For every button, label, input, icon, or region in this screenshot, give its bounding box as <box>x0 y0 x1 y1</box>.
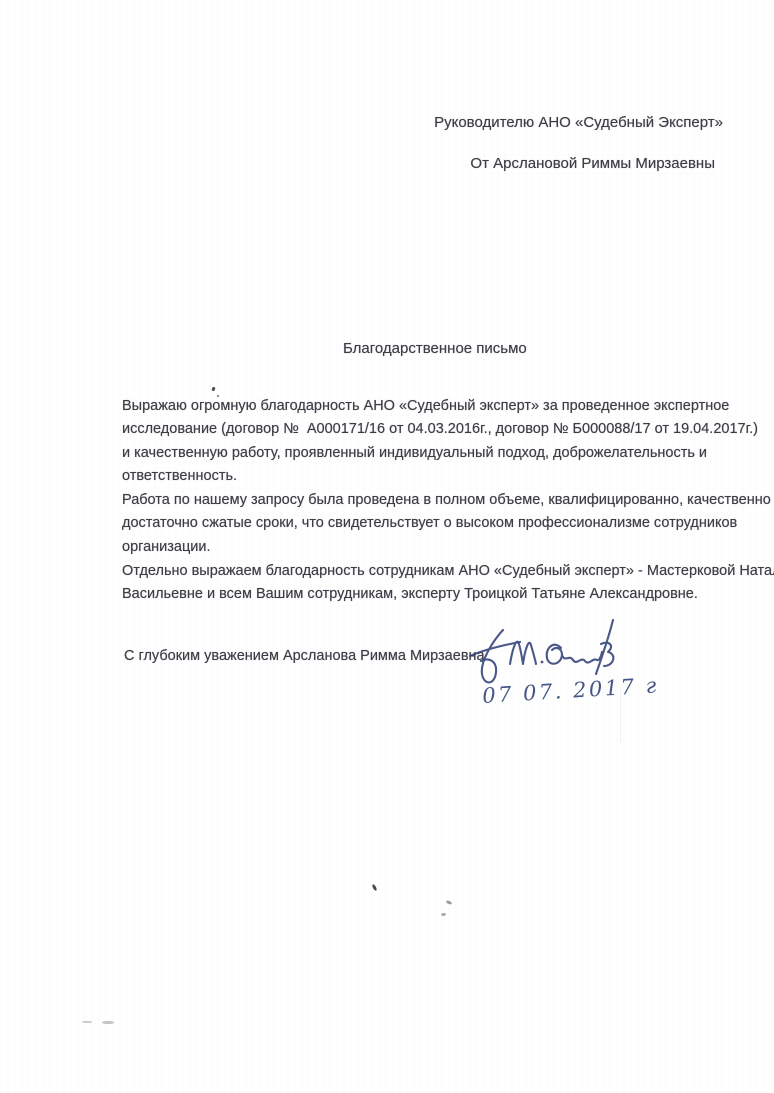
scanned-letter-page: Руководителю АНО «Судебный Эксперт» От А… <box>0 0 774 1093</box>
sender-line: От Арслановой Риммы Мирзаевны <box>470 155 715 172</box>
paragraph-line: Васильевне и всем Вашим сотрудникам, экс… <box>122 583 774 606</box>
closing-line: С глубоким уважением Арсланова Римма Мир… <box>124 648 485 664</box>
scan-speck <box>102 1021 114 1024</box>
paragraph-line: Работа по нашему запросу была проведена … <box>122 489 774 512</box>
paragraph-line: достаточно сжатые сроки, что свидетельст… <box>122 512 774 535</box>
scan-speck <box>372 884 378 892</box>
recipient-line: Руководителю АНО «Судебный Эксперт» <box>434 114 723 131</box>
paragraph-line: и качественную работу, проявленный индив… <box>122 442 774 465</box>
paragraph-line: Отдельно выражаем благодарность сотрудни… <box>122 560 774 583</box>
paragraph-line: организации. <box>122 536 774 559</box>
paragraph: Выражаю огромную благодарность АНО «Суде… <box>122 395 774 489</box>
paragraph-line: Выражаю огромную благодарность АНО «Суде… <box>122 395 774 418</box>
letter-title: Благодарственное письмо <box>343 340 527 357</box>
scan-speck <box>446 900 453 905</box>
letter-body: Выражаю огромную благодарность АНО «Суде… <box>122 395 774 607</box>
paragraph: Работа по нашему запросу была проведена … <box>122 489 774 559</box>
scan-speck <box>82 1021 92 1023</box>
scan-speck <box>217 395 219 397</box>
paragraph: Отдельно выражаем благодарность сотрудни… <box>122 560 774 607</box>
scan-speck <box>211 387 215 392</box>
paragraph-line: ответственность. <box>122 465 774 488</box>
paragraph-line: исследование (договор № А000171/16 от 04… <box>122 418 774 441</box>
scan-speck <box>441 913 446 917</box>
scan-line <box>620 688 621 743</box>
